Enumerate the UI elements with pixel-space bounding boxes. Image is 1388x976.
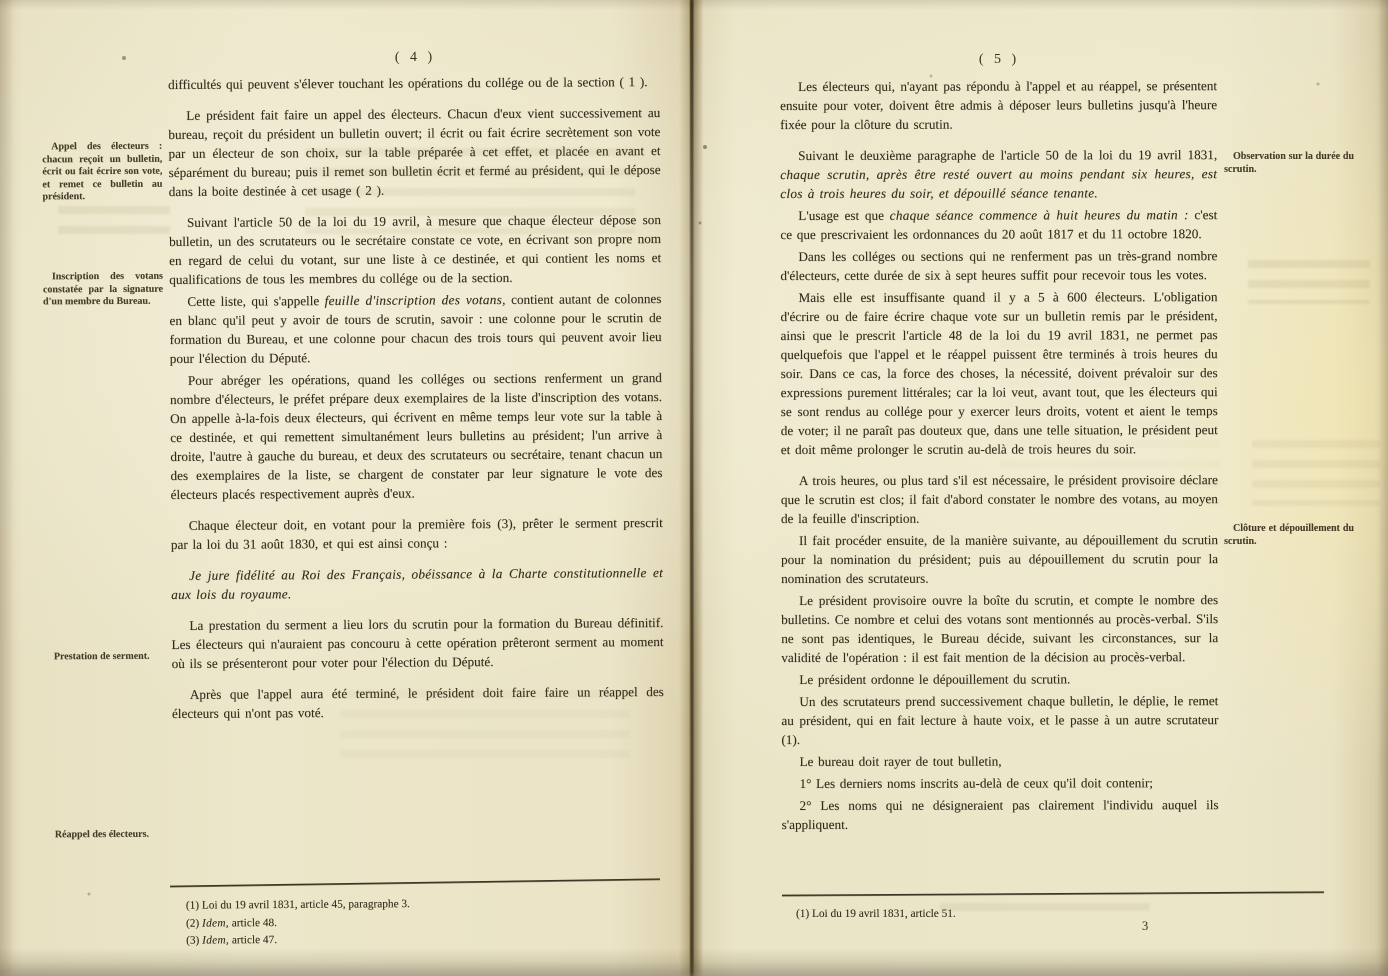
paragraph: difficultés qui peuvent s'élever touchan… xyxy=(168,72,660,94)
text: A trois heures, ou plus tard s'il est né… xyxy=(781,472,1218,526)
paragraph: Pour abréger les opérations, quand les c… xyxy=(170,368,663,504)
paragraph: Un des scrutateurs prend successivement … xyxy=(781,691,1218,749)
left-edge-shadow xyxy=(0,0,14,976)
paragraph: Dans les colléges ou sections qui ne ren… xyxy=(780,246,1217,285)
paragraph: Cette liste, qui s'appelle feuille d'ins… xyxy=(169,289,661,368)
paragraph: La prestation du serment a lieu lors du … xyxy=(171,613,663,673)
text: L'usage est que xyxy=(798,208,889,223)
paragraph: Il fait procéder ensuite, de la manière … xyxy=(781,530,1218,588)
text: Mais elle est insuffisante quand il y a … xyxy=(780,289,1217,457)
signature-mark: 3 xyxy=(1142,919,1148,934)
book-gutter-crease xyxy=(690,0,693,976)
page-5-text: Les électeurs qui, n'ayant pas répondu à… xyxy=(780,73,1219,834)
top-edge-shadow xyxy=(0,0,1388,10)
text: Le bureau doit rayer de tout bulletin, xyxy=(799,754,1001,769)
text: article 48. xyxy=(229,917,277,929)
paper-specks xyxy=(0,0,2,2)
text: La prestation du serment a lieu lors du … xyxy=(171,615,663,671)
text: article 47. xyxy=(229,934,277,946)
book-scan: ( 4 ) Appel des électeurs : chacun reçoi… xyxy=(0,0,1388,976)
right-edge-shadow xyxy=(1378,0,1388,976)
margin-note: Observation sur la durée du scrutin. xyxy=(1224,151,1354,176)
italic-text: feuille d'inscription des votans, xyxy=(325,292,506,308)
margin-note: Réappel des électeurs. xyxy=(46,829,166,842)
page-4-footnote-rule xyxy=(170,878,660,887)
paragraph: Suivant le deuxième paragraphe de l'arti… xyxy=(780,145,1217,203)
paragraph: Mais elle est insuffisante quand il y a … xyxy=(780,287,1217,459)
margin-note: Prestation de serment. xyxy=(45,651,165,664)
paragraph: 2° Les noms qui ne désigneraient pas cla… xyxy=(782,795,1219,834)
text: Pour abréger les opérations, quand les c… xyxy=(170,370,663,502)
page-5-margin-notes: Observation sur la durée du scrutin.Clôt… xyxy=(1224,0,1354,976)
text: Le président ordonne le dépouillement du… xyxy=(799,671,1070,687)
text: Après que l'appel aura été terminé, le p… xyxy=(172,684,664,721)
footnote: (1) Loi du 19 avril 1831, article 51. xyxy=(796,906,1266,924)
italic-text: Idem, xyxy=(202,917,229,929)
text: Il fait procéder ensuite, de la manière … xyxy=(781,532,1218,586)
paragraph: Chaque électeur doit, en votant pour la … xyxy=(171,513,663,554)
italic-text: Je jure fidélité au Roi des Français, ob… xyxy=(171,565,663,602)
text: Le président fait faire un appel des éle… xyxy=(168,105,660,199)
text: Les électeurs qui, n'ayant pas répondu à… xyxy=(780,78,1217,132)
text: (2) xyxy=(186,917,202,929)
text: Dans les colléges ou sections qui ne ren… xyxy=(780,248,1217,283)
paragraph: Je jure fidélité au Roi des Français, ob… xyxy=(171,563,663,604)
paragraph: Le président provisoire ouvre la boîte d… xyxy=(781,590,1218,667)
page-5-number: ( 5 ) xyxy=(780,52,1216,68)
page-5-footnotes: (1) Loi du 19 avril 1831, article 51. xyxy=(796,906,1266,924)
text: (1) Loi du 19 avril 1831, article 45, pa… xyxy=(186,898,410,912)
page-4-margin-notes: Appel des électeurs : chacun reçoit un b… xyxy=(41,0,166,976)
text: Le président provisoire ouvre la boîte d… xyxy=(781,592,1218,665)
margin-note: Clôture et dépouillement du scrutin. xyxy=(1224,523,1354,548)
page-4-text: difficultés qui peuvent s'élever touchan… xyxy=(168,69,664,723)
text: difficultés qui peuvent s'élever touchan… xyxy=(168,74,648,92)
text: Un des scrutateurs prend successivement … xyxy=(781,693,1218,747)
text: (3) xyxy=(186,935,202,947)
italic-text: Idem, xyxy=(202,934,229,946)
text: (1) Loi du 19 avril 1831, article 51. xyxy=(796,908,956,920)
paragraph: Le président ordonne le dépouillement du… xyxy=(781,669,1218,689)
paragraph: Le président fait faire un appel des éle… xyxy=(168,103,661,201)
text: Chaque électeur doit, en votant pour la … xyxy=(171,515,663,552)
paragraph: 1° Les derniers noms inscrits au-delà de… xyxy=(781,773,1218,793)
page-4-footnotes: (1) Loi du 19 avril 1831, article 45, pa… xyxy=(186,894,656,950)
page-4-number: ( 4 ) xyxy=(168,49,660,68)
paragraph: Les électeurs qui, n'ayant pas répondu à… xyxy=(780,76,1217,134)
paragraph: Suivant l'article 50 de la loi du 19 avr… xyxy=(169,210,661,289)
italic-text: chaque scrutin, après être resté ouvert … xyxy=(780,166,1217,201)
margin-note: Inscription des votans constatée par la … xyxy=(43,271,163,309)
paragraph: L'usage est que chaque séance commence à… xyxy=(780,205,1217,244)
bottom-edge-shadow xyxy=(0,948,1388,976)
paragraph: Le bureau doit rayer de tout bulletin, xyxy=(781,751,1218,771)
italic-text: chaque séance commence à huit heures du … xyxy=(890,207,1189,223)
paragraph: Après que l'appel aura été terminé, le p… xyxy=(172,682,664,723)
text: Cette liste, qui s'appelle xyxy=(187,293,324,309)
text: Suivant l'article 50 de la loi du 19 avr… xyxy=(169,212,661,287)
paragraph: A trois heures, ou plus tard s'il est né… xyxy=(781,470,1218,528)
text: Suivant le deuxième paragraphe de l'arti… xyxy=(798,147,1217,163)
margin-note: Appel des électeurs : chacun reçoit un b… xyxy=(42,141,162,204)
text: 1° Les derniers noms inscrits au-delà de… xyxy=(799,775,1152,791)
text: 2° Les noms qui ne désigneraient pas cla… xyxy=(782,797,1219,832)
